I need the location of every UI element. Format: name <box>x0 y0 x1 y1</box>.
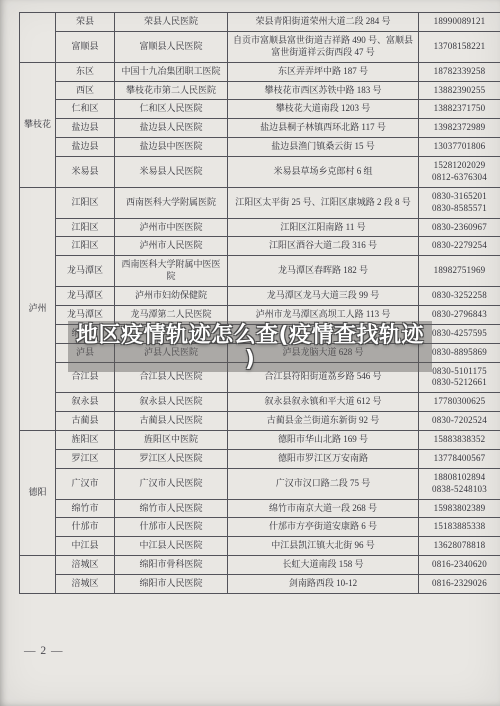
address-cell: 东区弄弄坪中路 187 号 <box>228 62 419 81</box>
phone-cell: 13882371750 <box>419 100 500 119</box>
hospital-cell: 绵竹市人民医院 <box>115 499 228 518</box>
city-cell: 德阳 <box>20 431 56 556</box>
district-cell: 什邡市 <box>56 518 115 537</box>
hospital-cell: 泸州市妇幼保健院 <box>115 287 228 306</box>
district-cell: 东区 <box>56 62 115 81</box>
hospital-table: 荣县荣县人民医院荣县青阳街道荣州大道二段 284 号18990089121富顺县… <box>19 12 500 594</box>
address-cell: 龙马潭区春晖路 182 号 <box>228 256 419 287</box>
watermark-text-line1: 地区疫情轨迹怎么查(疫情查找轨迹 <box>56 324 444 348</box>
table-row: 叙永县叙永县人民医院叙永县叙永镇和平大道 612 号17780300625 <box>20 393 500 412</box>
hospital-table-body: 荣县荣县人民医院荣县青阳街道荣州大道二段 284 号18990089121富顺县… <box>20 13 500 594</box>
table-row: 西区攀枝花市第二人民医院攀枝花市西区苏铁中路 183 号13882390255 <box>20 81 500 100</box>
address-cell: 自贡市富顺县富世街道吉祥路 490 号、富顺县富世街道祥云街西段 47 号 <box>228 31 419 62</box>
city-cell <box>20 556 56 594</box>
district-cell: 古蔺县 <box>56 412 115 431</box>
district-cell: 旌阳区 <box>56 431 115 450</box>
hospital-cell: 西南医科大学附属医院 <box>115 187 228 218</box>
table-row: 富顺县富顺县人民医院自贡市富顺县富世街道吉祥路 490 号、富顺县富世街道祥云街… <box>20 31 500 62</box>
hospital-cell: 旌阳区中医院 <box>115 431 228 450</box>
phone-cell: 18982751969 <box>419 256 500 287</box>
address-cell: 绵竹市南京大道一段 268 号 <box>228 499 419 518</box>
table-row: 龙马潭区西南医科大学附属中医医院龙马潭区春晖路 182 号18982751969 <box>20 256 500 287</box>
address-cell: 攀枝花市西区苏铁中路 183 号 <box>228 81 419 100</box>
table-row: 什邡市什邡市人民医院什邡市方亭街道安康路 6 号15183885338 <box>20 518 500 537</box>
table-row: 涪城区绵阳市骨科医院长虹大道南段 158 号0816-2340620 <box>20 556 500 575</box>
hospital-cell: 中江县人民医院 <box>115 537 228 556</box>
page-number: — 2 — <box>24 645 64 657</box>
hospital-cell: 罗江区人民医院 <box>115 449 228 468</box>
district-cell: 米易县 <box>56 157 115 188</box>
hospital-cell: 西南医科大学附属中医医院 <box>115 256 228 287</box>
phone-cell: 13628078818 <box>419 537 500 556</box>
district-cell: 涪城区 <box>56 556 115 575</box>
phone-cell: 13708158221 <box>419 31 500 62</box>
district-cell: 富顺县 <box>56 31 115 62</box>
table-row: 江阳区泸州市中医医院江阳区江阳南路 11 号0830-2360967 <box>20 218 500 237</box>
city-cell: 攀枝花 <box>20 62 56 187</box>
district-cell: 荣县 <box>56 13 115 32</box>
phone-cell: 18808102894 0838-5248103 <box>419 468 500 499</box>
hospital-cell: 绵阳市骨科医院 <box>115 556 228 575</box>
hospital-cell: 古蔺县人民医院 <box>115 412 228 431</box>
address-cell: 什邡市方亭街道安康路 6 号 <box>228 518 419 537</box>
table-row: 涪城区绵阳市人民医院剑南路西段 10-120816-2329026 <box>20 575 500 594</box>
hospital-cell: 荣县人民医院 <box>115 13 228 32</box>
phone-cell: 0830-3252258 <box>419 287 500 306</box>
district-cell: 江阳区 <box>56 237 115 256</box>
hospital-cell: 广汉市人民医院 <box>115 468 228 499</box>
district-cell: 中江县 <box>56 537 115 556</box>
phone-cell: 13778400567 <box>419 449 500 468</box>
district-cell: 龙马潭区 <box>56 287 115 306</box>
phone-cell: 15183885338 <box>419 518 500 537</box>
district-cell: 江阳区 <box>56 187 115 218</box>
hospital-cell: 米易县人民医院 <box>115 157 228 188</box>
district-cell: 广汉市 <box>56 468 115 499</box>
address-cell: 龙马潭区龙马大道三段 99 号 <box>228 287 419 306</box>
table-row: 盐边县盐边县人民医院盐边县桐子林镇西环北路 117 号13982372989 <box>20 119 500 138</box>
district-cell: 龙马潭区 <box>56 256 115 287</box>
address-cell: 古蔺县金兰街道东新街 92 号 <box>228 412 419 431</box>
district-cell: 仁和区 <box>56 100 115 119</box>
phone-cell: 0830-2360967 <box>419 218 500 237</box>
phone-cell: 13982372989 <box>419 119 500 138</box>
hospital-cell: 泸州市中医医院 <box>115 218 228 237</box>
hospital-cell: 中国十九冶集团职工医院 <box>115 62 228 81</box>
address-cell: 中江县凯江镇大北街 96 号 <box>228 537 419 556</box>
table-row: 仁和区仁和区人民医院攀枝花大道南段 1203 号13882371750 <box>20 100 500 119</box>
phone-cell: 0830-2279254 <box>419 237 500 256</box>
hospital-cell: 叙永县人民医院 <box>115 393 228 412</box>
address-cell: 广汉市汉口路二段 75 号 <box>228 468 419 499</box>
address-cell: 荣县青阳街道荣州大道二段 284 号 <box>228 13 419 32</box>
table-row: 米易县米易县人民医院米易县草场乡克郎村 6 组15281202029 0812-… <box>20 157 500 188</box>
hospital-cell: 绵阳市人民医院 <box>115 575 228 594</box>
phone-cell: 17780300625 <box>419 393 500 412</box>
address-cell: 盐边县桐子林镇西环北路 117 号 <box>228 119 419 138</box>
hospital-cell: 泸州市人民医院 <box>115 237 228 256</box>
phone-cell: 0816-2340620 <box>419 556 500 575</box>
address-cell: 德阳市罗江区万安南路 <box>228 449 419 468</box>
phone-cell: 0816-2329026 <box>419 575 500 594</box>
district-cell: 绵竹市 <box>56 499 115 518</box>
hospital-cell: 攀枝花市第二人民医院 <box>115 81 228 100</box>
address-cell: 江阳区太平街 25 号、江阳区康城路 2 段 8 号 <box>228 187 419 218</box>
address-cell: 攀枝花大道南段 1203 号 <box>228 100 419 119</box>
city-cell: 泸州 <box>20 187 56 430</box>
district-cell: 盐边县 <box>56 138 115 157</box>
hospital-cell: 富顺县人民医院 <box>115 31 228 62</box>
hospital-cell: 盐边县人民医院 <box>115 119 228 138</box>
watermark-text-line2: ) <box>56 348 444 372</box>
table-row: 德阳旌阳区旌阳区中医院德阳市华山北路 169 号15883838352 <box>20 431 500 450</box>
hospital-cell: 什邡市人民医院 <box>115 518 228 537</box>
district-cell: 罗江区 <box>56 449 115 468</box>
table-row: 广汉市广汉市人民医院广汉市汉口路二段 75 号18808102894 0838-… <box>20 468 500 499</box>
hospital-cell: 盐边县中医医院 <box>115 138 228 157</box>
table-row: 古蔺县古蔺县人民医院古蔺县金兰街道东新街 92 号0830-7202524 <box>20 412 500 431</box>
address-cell: 米易县草场乡克郎村 6 组 <box>228 157 419 188</box>
address-cell: 德阳市华山北路 169 号 <box>228 431 419 450</box>
district-cell: 江阳区 <box>56 218 115 237</box>
table-row: 龙马潭区泸州市妇幼保健院龙马潭区龙马大道三段 99 号0830-3252258 <box>20 287 500 306</box>
district-cell: 涪城区 <box>56 575 115 594</box>
watermark-text: 地区疫情轨迹怎么查(疫情查找轨迹 ) <box>56 324 444 372</box>
phone-cell: 18782339258 <box>419 62 500 81</box>
table-row: 江阳区泸州市人民医院江阳区酒谷大道二段 316 号0830-2279254 <box>20 237 500 256</box>
table-row: 盐边县盐边县中医医院盐边县渔门镇桑云街 15 号13037701806 <box>20 138 500 157</box>
table-row: 泸州江阳区西南医科大学附属医院江阳区太平街 25 号、江阳区康城路 2 段 8 … <box>20 187 500 218</box>
phone-cell: 0830-7202524 <box>419 412 500 431</box>
table-row: 中江县中江县人民医院中江县凯江镇大北街 96 号13628078818 <box>20 537 500 556</box>
hospital-cell: 仁和区人民医院 <box>115 100 228 119</box>
phone-cell: 15983802389 <box>419 499 500 518</box>
address-cell: 长虹大道南段 158 号 <box>228 556 419 575</box>
table-row: 罗江区罗江区人民医院德阳市罗江区万安南路13778400567 <box>20 449 500 468</box>
phone-cell: 13037701806 <box>419 138 500 157</box>
district-cell: 叙永县 <box>56 393 115 412</box>
table-row: 绵竹市绵竹市人民医院绵竹市南京大道一段 268 号15983802389 <box>20 499 500 518</box>
address-cell: 叙永县叙永镇和平大道 612 号 <box>228 393 419 412</box>
address-cell: 江阳区江阳南路 11 号 <box>228 218 419 237</box>
phone-cell: 18990089121 <box>419 13 500 32</box>
district-cell: 盐边县 <box>56 119 115 138</box>
table-row: 荣县荣县人民医院荣县青阳街道荣州大道二段 284 号18990089121 <box>20 13 500 32</box>
phone-cell: 0830-3165201 0830-8585571 <box>419 187 500 218</box>
city-cell <box>20 13 56 63</box>
address-cell: 盐边县渔门镇桑云街 15 号 <box>228 138 419 157</box>
phone-cell: 15281202029 0812-6376304 <box>419 157 500 188</box>
phone-cell: 13882390255 <box>419 81 500 100</box>
address-cell: 江阳区酒谷大道二段 316 号 <box>228 237 419 256</box>
document-page: 荣县荣县人民医院荣县青阳街道荣州大道二段 284 号18990089121富顺县… <box>0 0 500 706</box>
table-row: 攀枝花东区中国十九冶集团职工医院东区弄弄坪中路 187 号18782339258 <box>20 62 500 81</box>
district-cell: 西区 <box>56 81 115 100</box>
address-cell: 剑南路西段 10-12 <box>228 575 419 594</box>
phone-cell: 15883838352 <box>419 431 500 450</box>
